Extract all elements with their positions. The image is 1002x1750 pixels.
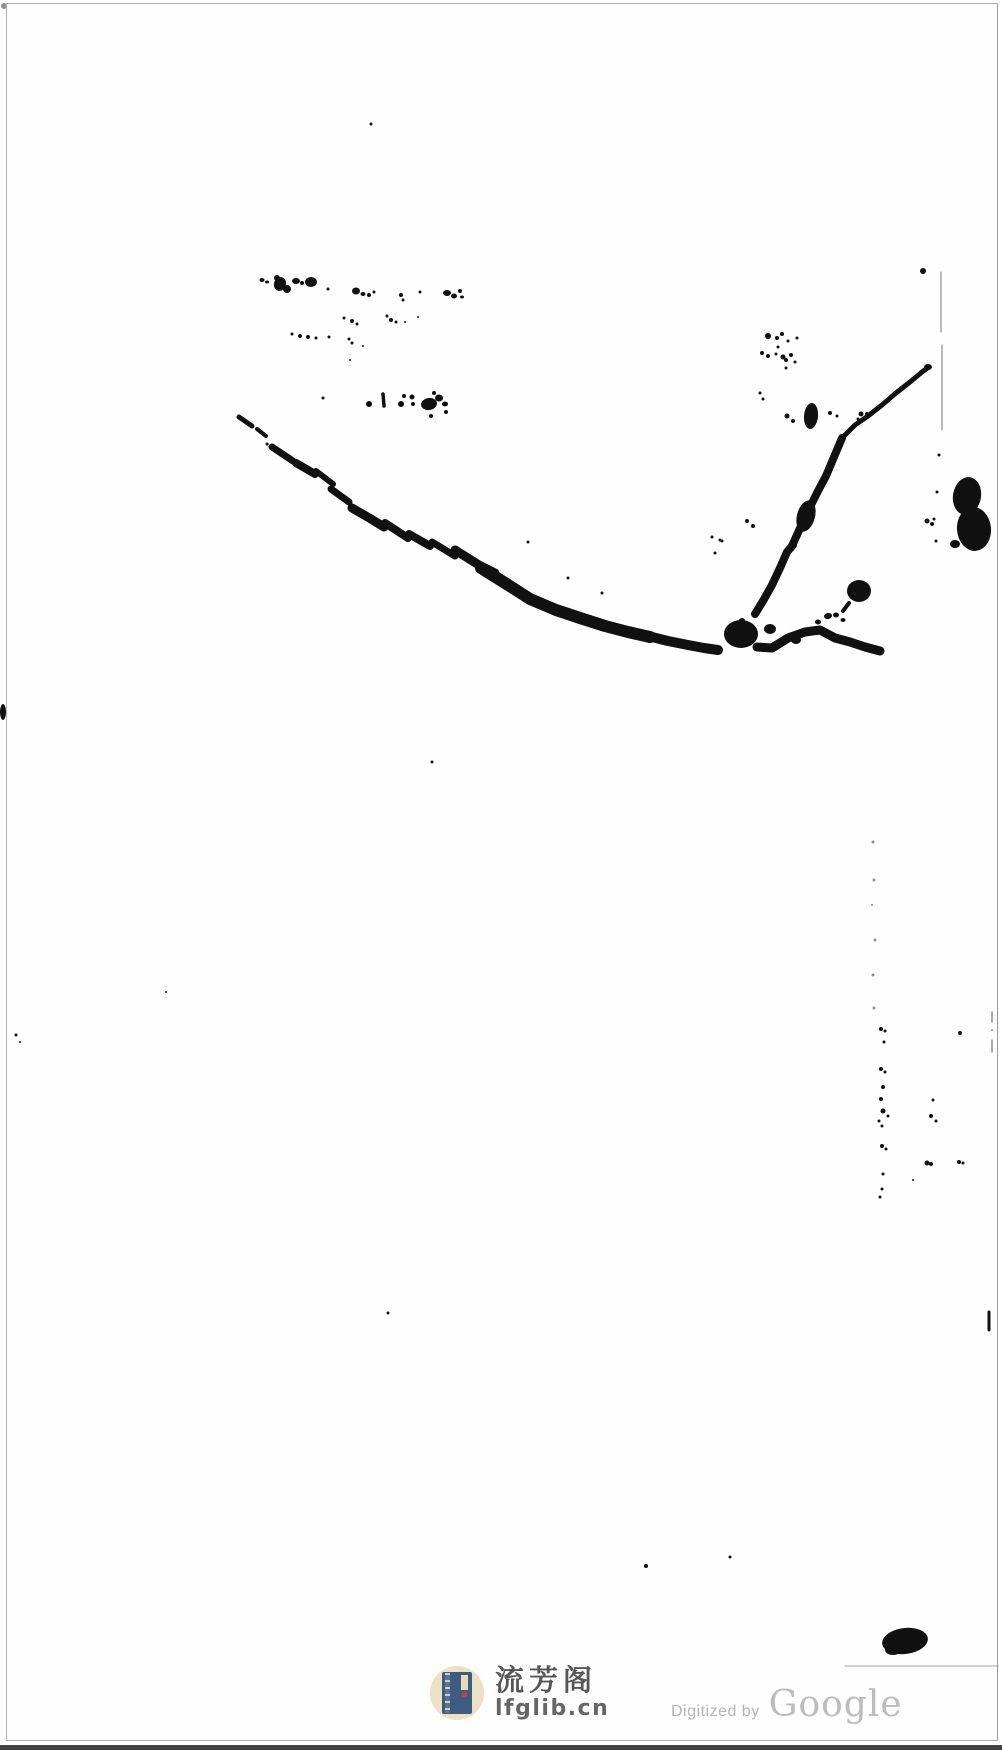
book-cover [442, 1672, 472, 1714]
scanned-book-page: 流芳阁 lfglib.cn Digitized by Google [0, 0, 1002, 1750]
watermark-site-domain: lfglib.cn [495, 1698, 609, 1720]
thread-bound-book-icon [430, 1666, 484, 1720]
watermark-site-name: 流芳阁 [495, 1666, 609, 1695]
book-title-label [461, 1675, 468, 1690]
google-logo: Google [769, 1684, 903, 1725]
scan-bottom-edge [0, 1745, 1002, 1750]
watermark-text-block: 流芳阁 lfglib.cn [495, 1666, 609, 1720]
google-digitization-credit: Digitized by Google [671, 1684, 903, 1725]
book-red-seal [462, 1692, 467, 1697]
book-spine-stitching [445, 1673, 450, 1713]
lfglib-watermark: 流芳阁 lfglib.cn [430, 1666, 609, 1720]
ink-smudge-layer [0, 0, 1002, 1750]
digitized-by-label: Digitized by [671, 1703, 760, 1721]
